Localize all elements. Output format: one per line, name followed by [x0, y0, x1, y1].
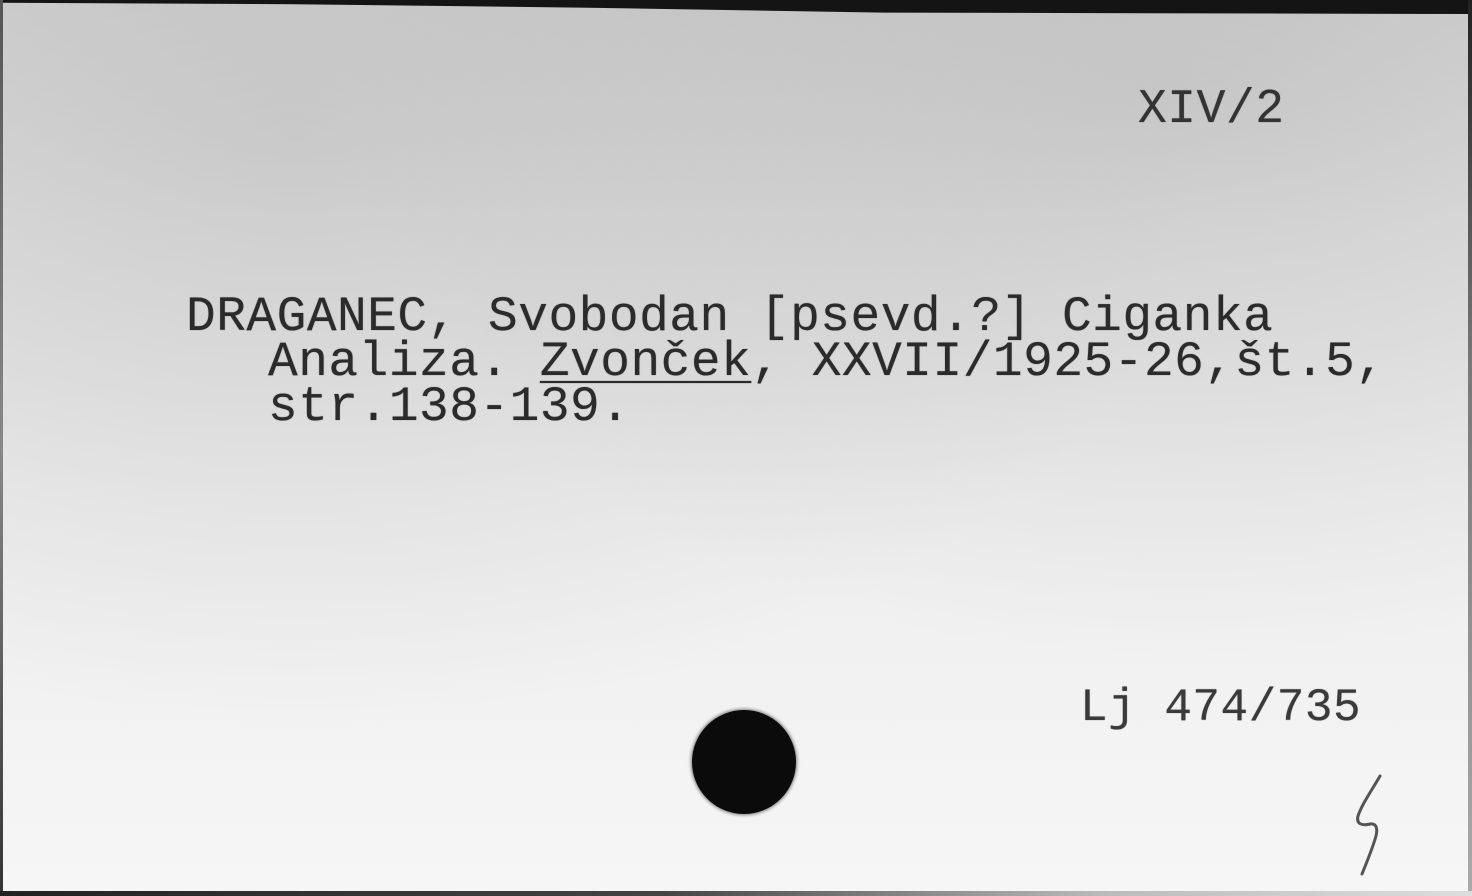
scan-edge-bottom	[0, 891, 1472, 896]
scan-edge-right	[1468, 0, 1472, 896]
entry-line-pages: str.138-139.	[268, 383, 630, 432]
handwritten-mark-icon	[1348, 770, 1398, 880]
shelf-mark: Lj 474/735	[1080, 684, 1361, 733]
scan-edge-top	[0, 0, 1472, 14]
hole-punch	[692, 710, 796, 814]
volume-info: , XXVII/1925-26,št.5,	[751, 334, 1385, 390]
call-number: XIV/2	[1138, 86, 1285, 135]
catalog-card: XIV/2 DRAGANEC, Svobodan [psevd.?] Cigan…	[0, 0, 1472, 896]
scan-edge-left	[0, 0, 3, 896]
